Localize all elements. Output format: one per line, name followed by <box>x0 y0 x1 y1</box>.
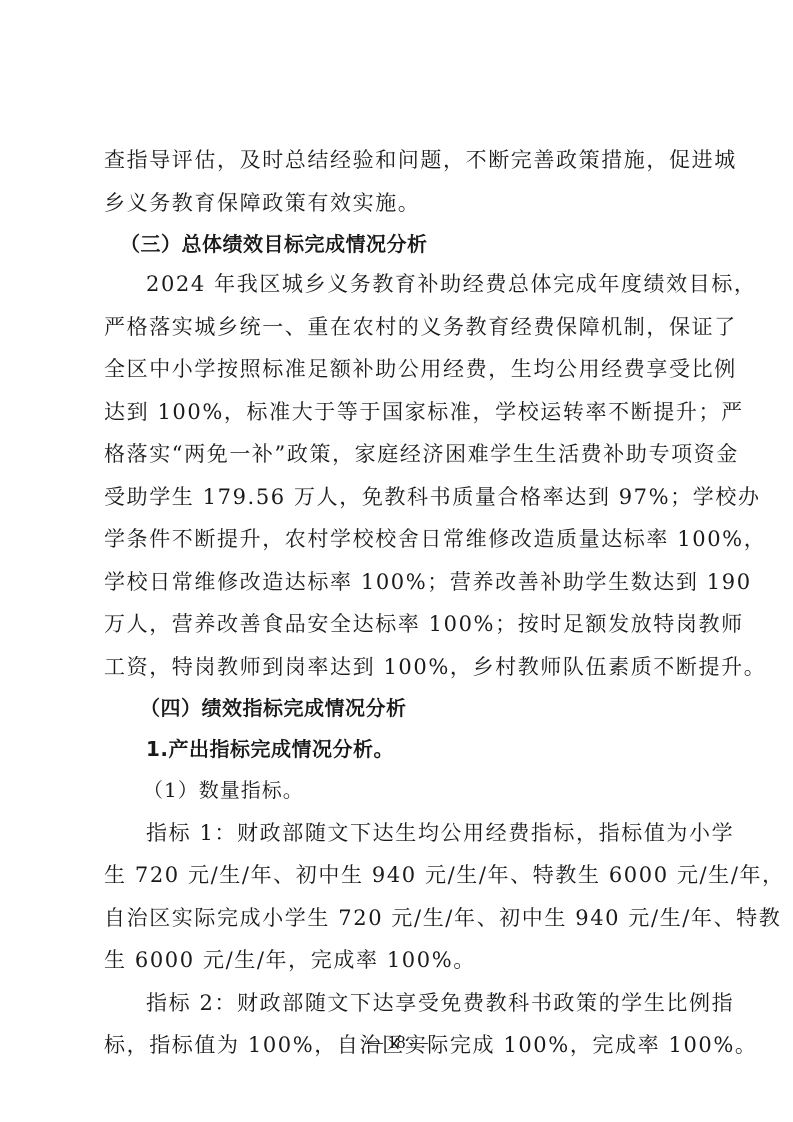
body-line: 受助学生 179.56 万人，免教科书质量合格率达到 97%；学校办 <box>104 483 694 511</box>
body-line: 格落实“两免一补”政策，家庭经济困难学生生活费补助专项资金 <box>104 440 694 468</box>
body-line: 学校日常维修改造达标率 100%；营养改善补助学生数达到 190 <box>104 568 694 596</box>
body-line: 严格落实城乡统一、重在农村的义务教育经费保障机制，保证了 <box>104 313 694 341</box>
section-heading-3: （三）总体绩效目标完成情况分析 <box>120 230 428 258</box>
body-line: 工资，特岗教师到岗率达到 100%，乡村教师队伍素质不断提升。 <box>104 653 694 681</box>
subheading-output-indicators: 1.产出指标完成情况分析。 <box>146 735 394 763</box>
body-line: 生 720 元/生/年、初中生 940 元/生/年、特教生 6000 元/生/年… <box>104 861 694 889</box>
item-heading-quantity-indicators: （1）数量指标。 <box>143 776 304 804</box>
body-line: 万人，营养改善食品安全达标率 100%；按时足额发放特岗教师 <box>104 610 694 638</box>
body-line: 全区中小学按照标准足额补助公用经费，生均公用经费享受比例 <box>104 355 694 383</box>
body-line: 指标 2：财政部随文下达享受免费教科书政策的学生比例指 <box>146 989 694 1017</box>
body-line: 指标 1：财政部随文下达生均公用经费指标，指标值为小学 <box>146 819 694 847</box>
section-heading-4: （四）绩效指标完成情况分析 <box>140 694 407 722</box>
body-line: 达到 100%，标准大于等于国家标准，学校运转率不断提升；严 <box>104 398 694 426</box>
document-page: 查指导评估，及时总结经验和问题，不断完善政策措施，促进城 乡义务教育保障政策有效… <box>0 0 793 1122</box>
page-number: — 18 — <box>0 1030 793 1054</box>
body-line: 乡义务教育保障政策有效实施。 <box>104 189 694 217</box>
body-line: 自治区实际完成小学生 720 元/生/年、初中生 940 元/生/年、特教 <box>104 904 694 932</box>
body-line: 学条件不断提升，农村学校校舍日常维修改造质量达标率 100%， <box>104 525 694 553</box>
body-line: 2024 年我区城乡义务教育补助经费总体完成年度绩效目标， <box>146 270 694 298</box>
body-line: 生 6000 元/生/年，完成率 100%。 <box>104 946 694 974</box>
body-line: 查指导评估，及时总结经验和问题，不断完善政策措施，促进城 <box>104 146 694 174</box>
